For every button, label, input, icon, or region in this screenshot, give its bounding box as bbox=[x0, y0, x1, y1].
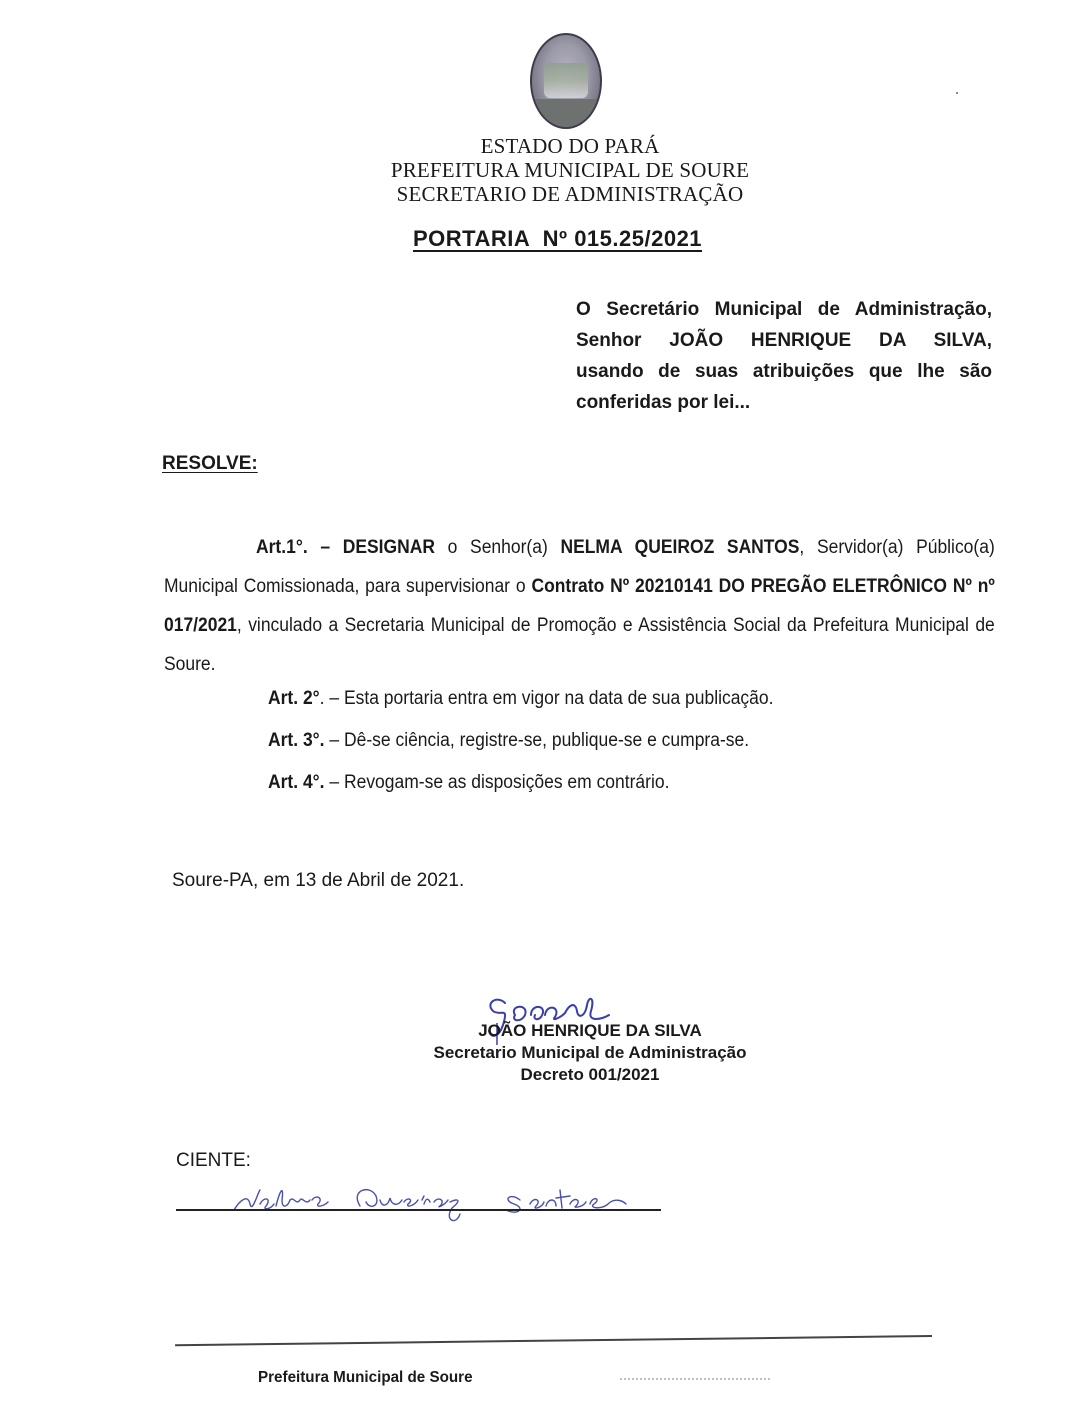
article-1: Art.1°. – DESIGNAR o Senhor(a) NELMA QUE… bbox=[164, 528, 995, 684]
signatory-block: JOÃO HENRIQUE DA SILVA Secretario Munici… bbox=[390, 1020, 790, 1086]
signatory-decree: Decreto 001/2021 bbox=[390, 1064, 790, 1086]
article-1-label: Art.1°. – DESIGNAR bbox=[256, 537, 435, 558]
article-3-label: Art. 3°. bbox=[268, 730, 325, 751]
article-2-text: . – Esta portaria entra em vigor na data… bbox=[320, 688, 774, 709]
article-3-text: – Dê-se ciência, registre-se, publique-s… bbox=[325, 730, 750, 751]
resolve-heading: RESOLVE: bbox=[162, 453, 258, 475]
document-title: PORTARIA Nº 015.25/2021 bbox=[413, 226, 702, 252]
footer-divider bbox=[175, 1335, 932, 1346]
header-prefecture: PREFEITURA MUNICIPAL DE SOURE bbox=[0, 158, 1088, 183]
footer-faint-text bbox=[620, 1378, 770, 1386]
date-line: Soure-PA, em 13 de Abril de 2021. bbox=[172, 870, 464, 892]
article-3: Art. 3°. – Dê-se ciência, registre-se, p… bbox=[268, 730, 749, 752]
article-1-text: , vinculado a Secretaria Municipal de Pr… bbox=[164, 615, 995, 675]
footer-text: Prefeitura Municipal de Soure bbox=[258, 1369, 473, 1387]
preamble: O Secretário Municipal de Administração,… bbox=[576, 294, 992, 418]
scan-speck bbox=[956, 92, 958, 94]
signatory-name: JOÃO HENRIQUE DA SILVA bbox=[390, 1020, 790, 1042]
ciente-label: CIENTE: bbox=[176, 1150, 251, 1172]
article-4-label: Art. 4°. bbox=[268, 772, 325, 793]
header-secretariat: SECRETARIO DE ADMINISTRAÇÃO bbox=[0, 182, 1088, 207]
article-2-label: Art. 2° bbox=[268, 688, 320, 709]
article-4-text: – Revogam-se as disposições em contrário… bbox=[325, 772, 670, 793]
acknowledgement-signature-line bbox=[176, 1209, 661, 1211]
article-4: Art. 4°. – Revogam-se as disposições em … bbox=[268, 772, 669, 794]
preamble-line: usando de suas atribuições que lhe são bbox=[576, 356, 992, 387]
preamble-line: O Secretário Municipal de Administração, bbox=[576, 294, 992, 325]
coat-of-arms-icon bbox=[530, 33, 602, 129]
header-state: ESTADO DO PARÁ bbox=[0, 134, 1088, 159]
article-1-text: o Senhor(a) bbox=[435, 537, 560, 558]
preamble-line: Senhor JOÃO HENRIQUE DA SILVA, bbox=[576, 325, 992, 356]
article-2: Art. 2°. – Esta portaria entra em vigor … bbox=[268, 688, 773, 710]
preamble-line: conferidas por lei... bbox=[576, 387, 992, 418]
designee-name: NELMA QUEIROZ SANTOS bbox=[560, 537, 799, 558]
signature-acknowledgement-icon bbox=[230, 1170, 650, 1230]
signatory-role: Secretario Municipal de Administração bbox=[390, 1042, 790, 1064]
